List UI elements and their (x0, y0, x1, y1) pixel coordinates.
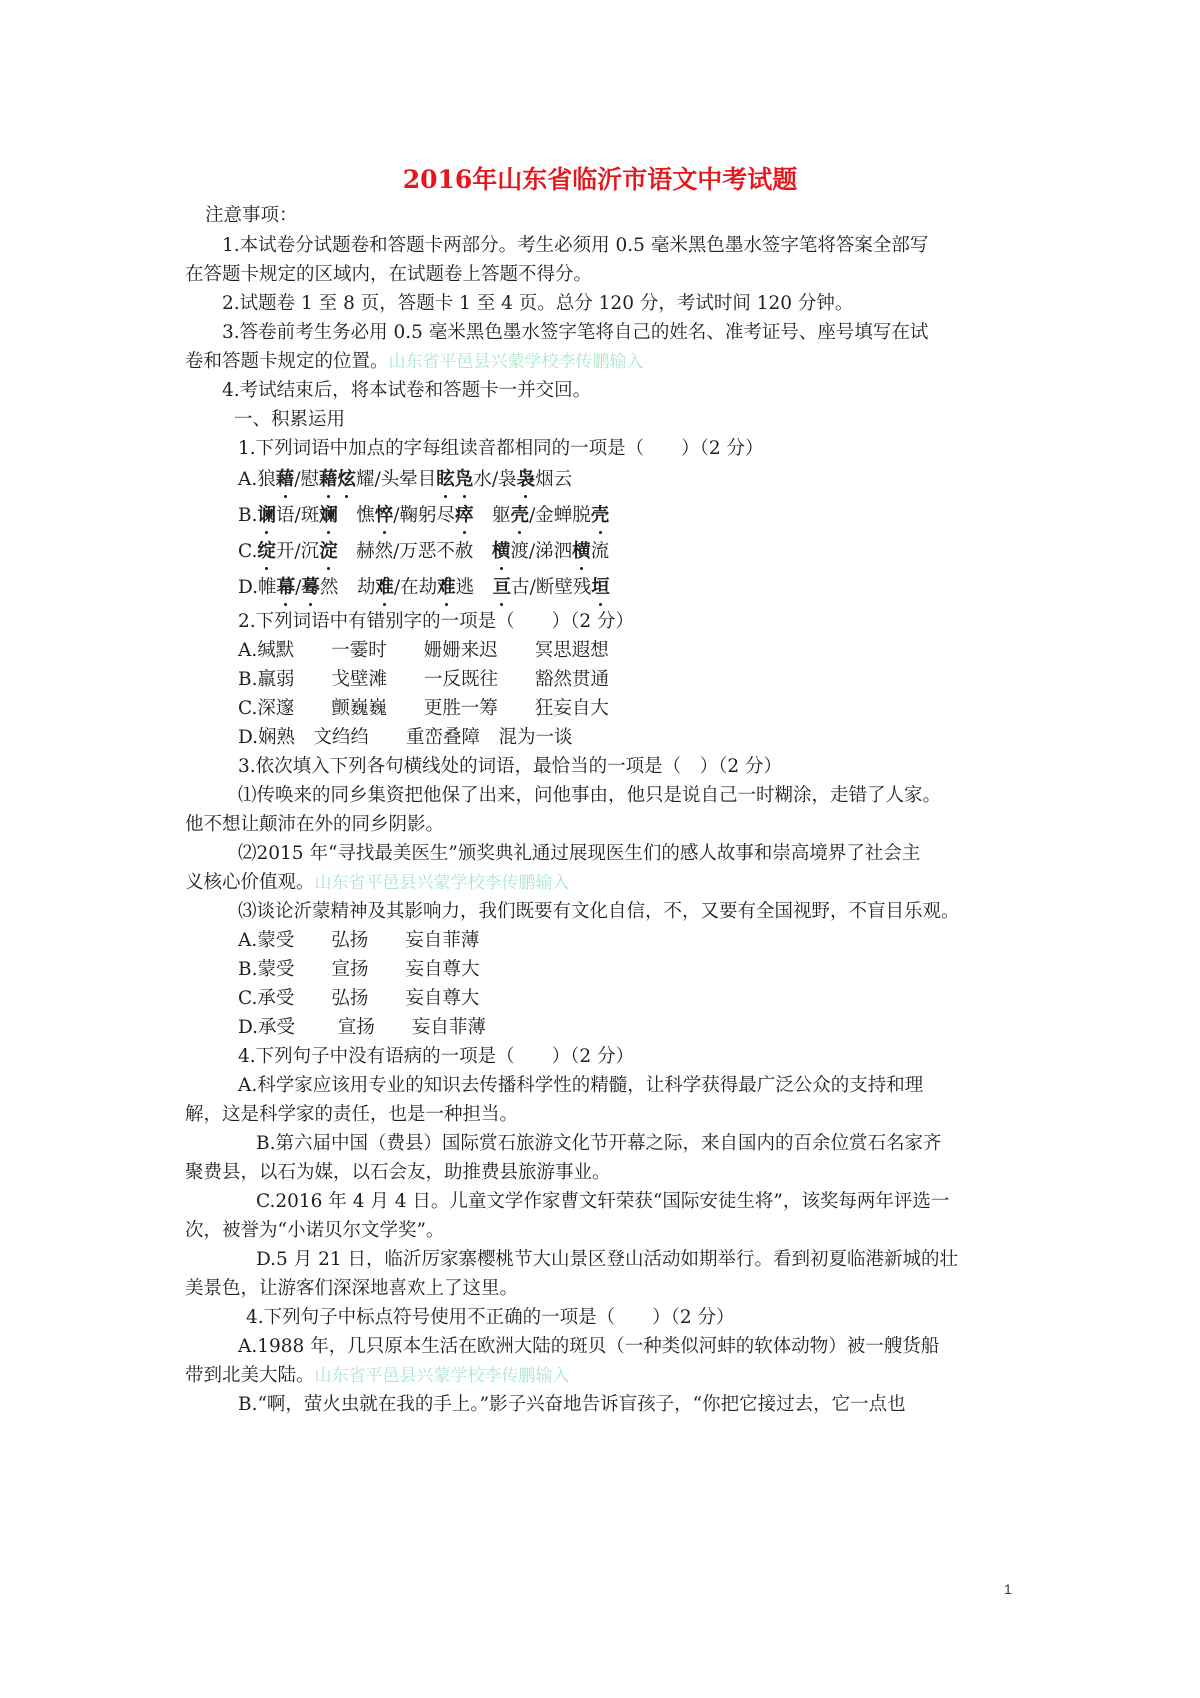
question-5-option-a-line2: 带到北美大陆。山东省平邑县兴蒙学校李传鹏输入 (185, 1364, 570, 1388)
notice-item-1-line2: 在答题卡规定的区域内，在试题卷上答题不得分。 (185, 263, 592, 287)
notice-item-2: 2.试题卷 1 至 8 页，答题卡 1 至 4 页。总分 120 分，考试时间 … (222, 292, 853, 316)
question-5-option-b-line1: B.“啊，萤火虫就在我的手上。”影子兴奋地告诉盲孩子，“你把它接过去，它一点也 (238, 1393, 906, 1417)
question-1-option-b: B.谰语/斑斓 憔悴/鞠躬尽瘁 躯壳/金蝉脱壳 (238, 504, 609, 528)
question-5-option-a-line1: A.1988 年，几只原本生活在欧洲大陆的斑贝（一种类似河蚌的软体动物）被一艘货… (238, 1335, 939, 1359)
question-3-option-c: C.承受 弘扬 妄自尊大 (238, 987, 479, 1011)
question-4-option-a-line2: 解，这是科学家的责任，也是一种担当。 (185, 1103, 518, 1127)
document-title: 2016年山东省临沂市语文中考试题 (0, 160, 1200, 196)
watermark-text: 山东省平邑县兴蒙学校李传鹏输入 (315, 1366, 570, 1386)
question-3-sentence-1-line1: ⑴传唤来的同乡集资把他保了出来，问他事由，他只是说自己一时糊涂，走错了人家。 (238, 784, 941, 808)
question-3-option-d: D.承受 宣扬 妄自菲薄 (238, 1016, 486, 1040)
question-1-option-c: C.绽开/沉淀 赫然/万恶不赦 横渡/涕泗横流 (238, 540, 609, 564)
notice-item-3-line1: 3.答卷前考生务必用 0.5 毫米黑色墨水签字笔将自己的姓名、准考证号、座号填写… (222, 321, 928, 345)
question-2-option-d: D.娴熟 文绉绉 重峦叠障 混为一谈 (238, 726, 573, 750)
question-2-option-c: C.深邃 颤巍巍 更胜一筹 狂妄自大 (238, 697, 609, 721)
question-3-stem: 3.依次填入下列各句横线处的词语，最恰当的一项是（ ）（2 分） (238, 755, 782, 779)
question-2-option-b: B.羸弱 戈壁滩 一反既往 豁然贯通 (238, 668, 609, 692)
question-4-option-b-line1: B.第六届中国（费县）国际赏石旅游文化节开幕之际，来自国内的百余位赏石名家齐 (256, 1132, 941, 1156)
notice-heading: 注意事项： (205, 204, 298, 228)
question-4-option-c-line1: C.2016 年 4 月 4 日。儿童文学作家曹文轩荣获“国际安徒生将”，该奖每… (256, 1190, 949, 1214)
notice-item-1-line1: 1.本试卷分试题卷和答题卡两部分。考生必须用 0.5 毫米黑色墨水签字笔将答案全… (222, 234, 928, 258)
section-heading: 一、积累运用 (234, 408, 345, 432)
question-2-stem: 2.下列词语中有错别字的一项是（ ）（2 分） (238, 610, 634, 634)
watermark-text: 山东省平邑县兴蒙学校李传鹏输入 (315, 873, 570, 893)
question-3-option-b: B.蒙受 宣扬 妄自尊大 (238, 958, 479, 982)
exam-page: 2016年山东省临沂市语文中考试题 注意事项： 1.本试卷分试题卷和答题卡两部分… (0, 0, 1200, 1698)
question-4-option-d-line1: D.5 月 21 日，临沂厉家寨樱桃节大山景区登山活动如期举行。看到初夏临港新城… (256, 1248, 958, 1272)
question-3-sentence-2-line1: ⑵2015 年“寻找最美医生”颁奖典礼通过展现医生们的感人故事和崇高境界了社会主 (238, 842, 920, 866)
question-3-sentence-1-line2: 他不想让颠沛在外的同乡阴影。 (185, 813, 444, 837)
notice-item-4: 4.考试结束后，将本试卷和答题卡一并交回。 (222, 379, 591, 403)
question-4-option-a-line1: A.科学家应该用专业的知识去传播科学性的精髓，让科学获得最广泛公众的支持和理 (238, 1074, 923, 1098)
question-2-option-a: A.缄默 一霎时 姗姗来迟 冥思遐想 (238, 639, 609, 663)
watermark-text: 山东省平邑县兴蒙学校李传鹏输入 (389, 352, 644, 372)
question-5-stem: 4.下列句子中标点符号使用不正确的一项是（ ）（2 分） (246, 1306, 735, 1330)
question-3-sentence-3: ⑶谈论沂蒙精神及其影响力，我们既要有文化自信，不，又要有全国视野，不盲目乐观。 (238, 900, 960, 924)
question-3-option-a: A.蒙受 弘扬 妄自菲薄 (238, 929, 479, 953)
notice-item-3-line2: 卷和答题卡规定的位置。山东省平邑县兴蒙学校李传鹏输入 (185, 350, 644, 374)
question-4-option-b-line2: 聚费县，以石为媒，以石会友，助推费县旅游事业。 (185, 1161, 611, 1185)
question-1-option-d: D.帷幕/蓦然 劫难/在劫难逃 亘古/断壁残垣 (238, 576, 610, 600)
question-1-stem: 1.下列词语中加点的字每组读音都相同的一项是（ ）（2 分） (238, 437, 764, 461)
page-number: 1 (1004, 1581, 1012, 1597)
question-3-sentence-2-line2: 义核心价值观。山东省平邑县兴蒙学校李传鹏输入 (185, 871, 570, 895)
question-4-option-d-line2: 美景色，让游客们深深地喜欢上了这里。 (185, 1277, 518, 1301)
question-4-stem: 4.下列句子中没有语病的一项是（ ）（2 分） (238, 1045, 634, 1069)
notice-item-3-text: 卷和答题卡规定的位置。 (185, 351, 389, 372)
question-1-option-a: A.狼藉/慰藉炫耀/头晕目眩凫水/袅袅烟云 (238, 468, 572, 492)
question-4-option-c-line2: 次，被誉为“小诺贝尔文学奖”。 (185, 1219, 444, 1243)
